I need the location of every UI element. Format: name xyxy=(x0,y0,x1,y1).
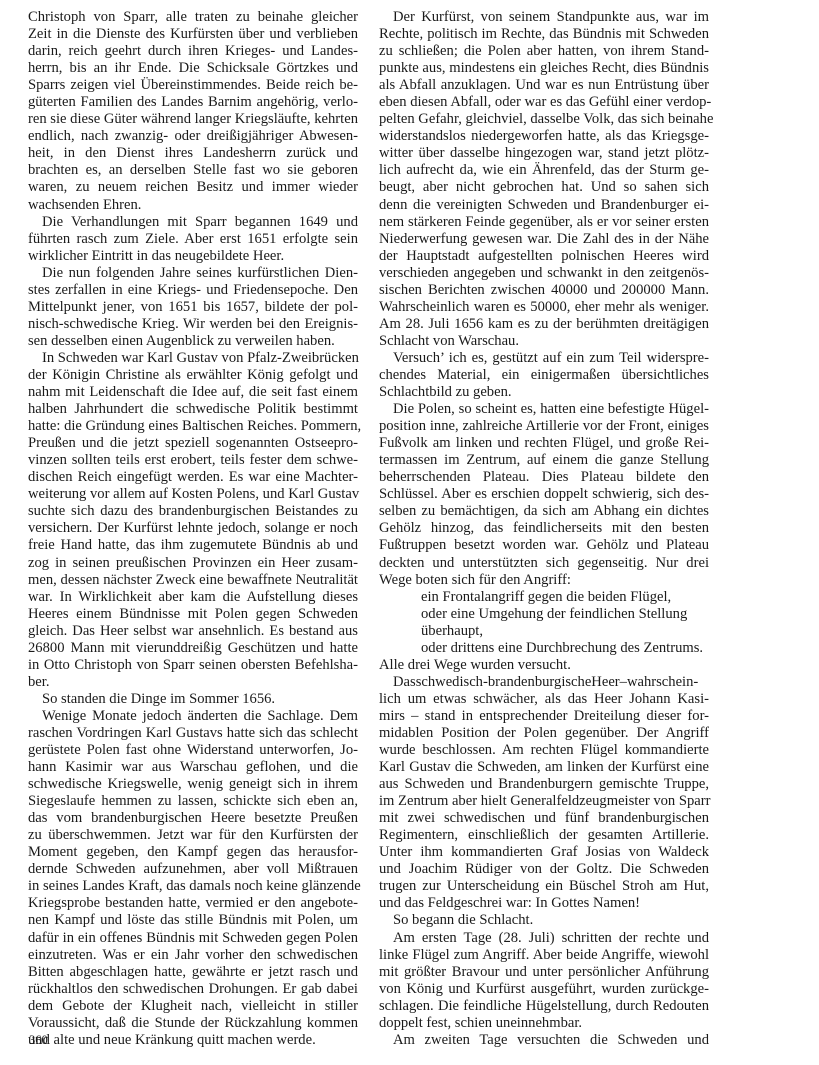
text-line: und Joachim Rüdiger von der Goltz. Die S… xyxy=(379,861,709,878)
text-line: überhaupt, xyxy=(379,623,709,640)
text-line: Christoph von Sparr, alle traten zu bein… xyxy=(28,9,358,26)
text-line: Sparrs zeigen viel Übereinstimmendes. Be… xyxy=(28,77,358,94)
text-line: men, dessen nächster Zweck eine bewaffne… xyxy=(28,572,358,589)
page-number: 360 xyxy=(29,1033,48,1048)
text-line: Schlacht von Warschau. xyxy=(379,333,709,350)
text-line: widerstandslos niedergeworfen hatte, als… xyxy=(379,128,709,145)
text-line: zog in seinen preußischen Provinzen ein … xyxy=(28,555,358,572)
text-line: stes zerfallen in eine Kriegs- und Fried… xyxy=(28,282,358,299)
text-line: beugt, aber nicht gebrochen hat. Und so … xyxy=(379,179,709,196)
text-line: suchte sich dazu des brandenburgischen B… xyxy=(28,503,358,520)
text-line: 26800 Mann mit vierunddreißig Geschützen… xyxy=(28,640,358,657)
text-line: Am 28. Juli 1656 kam es zu der berühmten… xyxy=(379,316,709,333)
text-line: witter über dasselbe hingezogen war, sta… xyxy=(379,145,709,162)
text-line: Fußvolk am linken und rechten Flügel, un… xyxy=(379,435,709,452)
text-line: Wenige Monate jedoch änderten die Sachla… xyxy=(28,708,358,725)
text-line: Die nun folgenden Jahre seines kurfürstl… xyxy=(28,265,358,282)
text-line: war. In Wirklichkeit aber kam die Aufste… xyxy=(28,589,358,606)
text-line: oder drittens eine Durchbrechung des Zen… xyxy=(379,640,709,657)
text-line: als Abfall anzuklagen. Und war es nun En… xyxy=(379,77,709,94)
text-line: Niederwerfung gewesen war. Die Zahl des … xyxy=(379,231,709,248)
text-line: dischen Reich eingefügt werden. Es war e… xyxy=(28,469,358,486)
text-line: endlich, nach zwanzig- oder dreißigjähri… xyxy=(28,128,358,145)
text-line: Schlachtbild zu geben. xyxy=(379,384,709,401)
text-line: Heeres einem Bündnisse mit Polen gegen S… xyxy=(28,606,358,623)
text-line: Voraussicht, daß die Stunde der Rückzahl… xyxy=(28,1015,358,1032)
text-line: zu schließen; die Polen aber hatten, von… xyxy=(379,43,709,60)
text-line: und alte und neue Kränkung quitt machen … xyxy=(28,1032,358,1049)
text-line: Am zweiten Tage versuchten die Schweden … xyxy=(379,1032,709,1049)
text-line: Gehölz hinzog, das feindlicherseits mit … xyxy=(379,520,709,537)
text-line: hatte: die Gründung eines Baltischen Rei… xyxy=(28,418,358,435)
text-line: raschen Vordringen Karl Gustavs hatte si… xyxy=(28,725,358,742)
text-line: position inne, zahlreiche Artillerie vor… xyxy=(379,418,709,435)
text-line: das vom brandenburgischen Heere besetzte… xyxy=(28,810,358,827)
text-line: hann Kasimir war aus Warschau geflohen, … xyxy=(28,759,358,776)
text-line: Wege boten sich für den Angriff: xyxy=(379,572,709,589)
text-column-left: Christoph von Sparr, alle traten zu bein… xyxy=(28,9,358,1049)
text-line: von König und Kurfürst ausgeführt, wurde… xyxy=(379,981,709,998)
text-line: mit größter Bravour und unter persönlich… xyxy=(379,964,709,981)
text-line: der Hauptstadt aufgestellten polnischen … xyxy=(379,248,709,265)
text-line: versichern. Der Kurfürst lehnte jedoch, … xyxy=(28,520,358,537)
text-line: Unter ihm kommandierten Graf Josias von … xyxy=(379,844,709,861)
text-line: in seines Landes Kraft, das damals noch … xyxy=(28,878,358,895)
text-line: punkte aus, mindestens ein gleiches Rech… xyxy=(379,60,709,77)
text-line: Siegeslaufe hemmen zu lassen, schickte s… xyxy=(28,793,358,810)
text-line: termassen im Zentrum, auf einem die ganz… xyxy=(379,452,709,469)
text-line: güterten Familien des Landes Barnim ange… xyxy=(28,94,358,111)
text-line: wurde beschlossen. Am rechten Flügel kom… xyxy=(379,742,709,759)
text-line: doppelt fest, schien uneinnehmbar. xyxy=(379,1015,709,1032)
text-line: Fußtruppen besetzt worden war. Gehölz un… xyxy=(379,537,709,554)
text-line: nahm mit Leidenschaft die Idee auf, die … xyxy=(28,384,358,401)
text-line: denn die vereinigten Schweden und Brande… xyxy=(379,197,709,214)
text-line: dafür in ein offenes Bündnis mit Schwede… xyxy=(28,930,358,947)
text-line: ein Frontalangriff gegen die beiden Flüg… xyxy=(379,589,709,606)
text-line: rückhaltlos den schwedischen Drohungen. … xyxy=(28,981,358,998)
text-line: Versuch’ ich es, gestützt auf ein zum Te… xyxy=(379,350,709,367)
text-line: ber. xyxy=(28,674,358,691)
text-line: vinzen sollten teils erst erobert, teils… xyxy=(28,452,358,469)
text-line: darin, reich geehrt durch ihren Krieges-… xyxy=(28,43,358,60)
text-line: lich aufrecht da, wie ein Ährenfeld, das… xyxy=(379,162,709,179)
text-line: gerüstete Polen fast ohne Widerstand unt… xyxy=(28,742,358,759)
text-line: mirs – stand in entsprechender Dreiteilu… xyxy=(379,708,709,725)
text-line: im Zentrum aber hielt Generalfeldzeugmei… xyxy=(379,793,709,810)
text-line: schwedische Kriegswelle, wenig geneigt s… xyxy=(28,776,358,793)
text-line: heit, in den Dienst ihres Landesherrn zu… xyxy=(28,145,358,162)
text-line: eben diesen Abfall, oder war es das Gefü… xyxy=(379,94,709,111)
text-line: in Otto Christoph von Sparr seinen obers… xyxy=(28,657,358,674)
text-line: beherrschenden Plateau. Dies Plateau bil… xyxy=(379,469,709,486)
text-line: Am ersten Tage (28. Juli) schritten der … xyxy=(379,930,709,947)
text-line: lich um etwas schwächer, als das Heer Jo… xyxy=(379,691,709,708)
text-line: Zeit in die Dienste des Kurfürsten über … xyxy=(28,26,358,43)
text-line: zu überschwemmen. Jetzt war für den Kurf… xyxy=(28,827,358,844)
text-line: oder eine Umgehung der feindlichen Stell… xyxy=(379,606,709,623)
text-line: wachsenden Ehren. xyxy=(28,197,358,214)
text-line: chendes Material, ein einigermaßen übers… xyxy=(379,367,709,384)
text-line: nen Kampf und löste das stille Bündnis m… xyxy=(28,912,358,929)
text-line: nisch-schwedische Krieg. Wir werden bei … xyxy=(28,316,358,333)
text-column-right: Der Kurfürst, von seinem Standpunkte aus… xyxy=(379,9,709,1049)
text-line: brachten es, an derselben Stelle fast wo… xyxy=(28,162,358,179)
text-line: aus Schweden und Brandenburgern gemischt… xyxy=(379,776,709,793)
text-line: wirklicher Eintritt in das neugebildete … xyxy=(28,248,358,265)
text-line: deckten und unterstützten sich gegenseit… xyxy=(379,555,709,572)
text-line: So standen die Dinge im Sommer 1656. xyxy=(28,691,358,708)
text-line: So begann die Schlacht. xyxy=(379,912,709,929)
text-line: Kriegsprobe bestanden hatte, vermied er … xyxy=(28,895,358,912)
text-line: freie Hand hatte, das ihm zugemutete Bün… xyxy=(28,537,358,554)
text-line: verschieden angegeben und schwankt in de… xyxy=(379,265,709,282)
text-line: Bitten abgeschlagen hatte, gewährte er j… xyxy=(28,964,358,981)
text-line: sischen Berichten zwischen 40000 und 200… xyxy=(379,282,709,299)
text-line: Preußen und die jetzt speziell sogenannt… xyxy=(28,435,358,452)
text-line: Moment gegeben, den Kampf gegen das hera… xyxy=(28,844,358,861)
text-line: Alle drei Wege wurden versucht. xyxy=(379,657,709,674)
text-line: halben Jahrhundert die schwedische Polit… xyxy=(28,401,358,418)
text-line: linke Flügel zum Angriff. Aber beide Ang… xyxy=(379,947,709,964)
text-line: Die Polen, so scheint es, hatten eine be… xyxy=(379,401,709,418)
text-line: Die Verhandlungen mit Sparr begannen 164… xyxy=(28,214,358,231)
text-line: dernde Schweden aufzunehmen, aber voll M… xyxy=(28,861,358,878)
text-line: Mittelpunkt jener, von 1651 bis 1657, bi… xyxy=(28,299,358,316)
text-line: nem stärkeren Feinde gegenüber, als er v… xyxy=(379,214,709,231)
text-line: trugen zur Unterscheidung ein Büschel St… xyxy=(379,878,709,895)
text-line: weiterung vor allem auf Kosten Polens, u… xyxy=(28,486,358,503)
text-line: Wahrscheinlich waren es 50000, eher mehr… xyxy=(379,299,709,316)
text-line: schlagen. Die feindliche Hügelstellung, … xyxy=(379,998,709,1015)
text-line: gleich. Das Heer selbst war ansehnlich. … xyxy=(28,623,358,640)
text-line: ren sie diese Güter während langer Krieg… xyxy=(28,111,358,128)
text-line: der Königin Christine als erwählter Köni… xyxy=(28,367,358,384)
text-line: Rechte, politisch im Rechte, das Bündnis… xyxy=(379,26,709,43)
text-line: Schlüssel. Aber es erschien doppelt schw… xyxy=(379,486,709,503)
text-line: waren, zu neuem reichen Besitz und immer… xyxy=(28,179,358,196)
text-line: selben zu bemächtigen, da sich am Abhang… xyxy=(379,503,709,520)
text-line: und das Feldgeschrei war: In Gottes Name… xyxy=(379,895,709,912)
text-line: führten rasch zum Ziele. Aber erst 1651 … xyxy=(28,231,358,248)
text-line: Karl Gustav die Schweden, am linken der … xyxy=(379,759,709,776)
text-line: In Schweden war Karl Gustav von Pfalz-Zw… xyxy=(28,350,358,367)
text-line: Der Kurfürst, von seinem Standpunkte aus… xyxy=(379,9,709,26)
text-line: midablen Position der Polen gegenüber. D… xyxy=(379,725,709,742)
text-line: dem Gebote der Klugheit nach, vielleicht… xyxy=(28,998,358,1015)
text-line: sen desselben einen Augenblick zu verwei… xyxy=(28,333,358,350)
text-line: Regimentern, einschließlich der gesamten… xyxy=(379,827,709,844)
text-line: einzutreten. Was er ein Jahr vorher den … xyxy=(28,947,358,964)
text-line: pelten Gefahr, gleichviel, dasselbe Volk… xyxy=(379,111,709,128)
text-line: herrn, bis an ihr Ende. Die Schicksale G… xyxy=(28,60,358,77)
text-line: mit zwei schwedischen und fünf brandenbu… xyxy=(379,810,709,827)
text-line: Dasschwedisch-brandenburgischeHeer–wahrs… xyxy=(379,674,709,691)
